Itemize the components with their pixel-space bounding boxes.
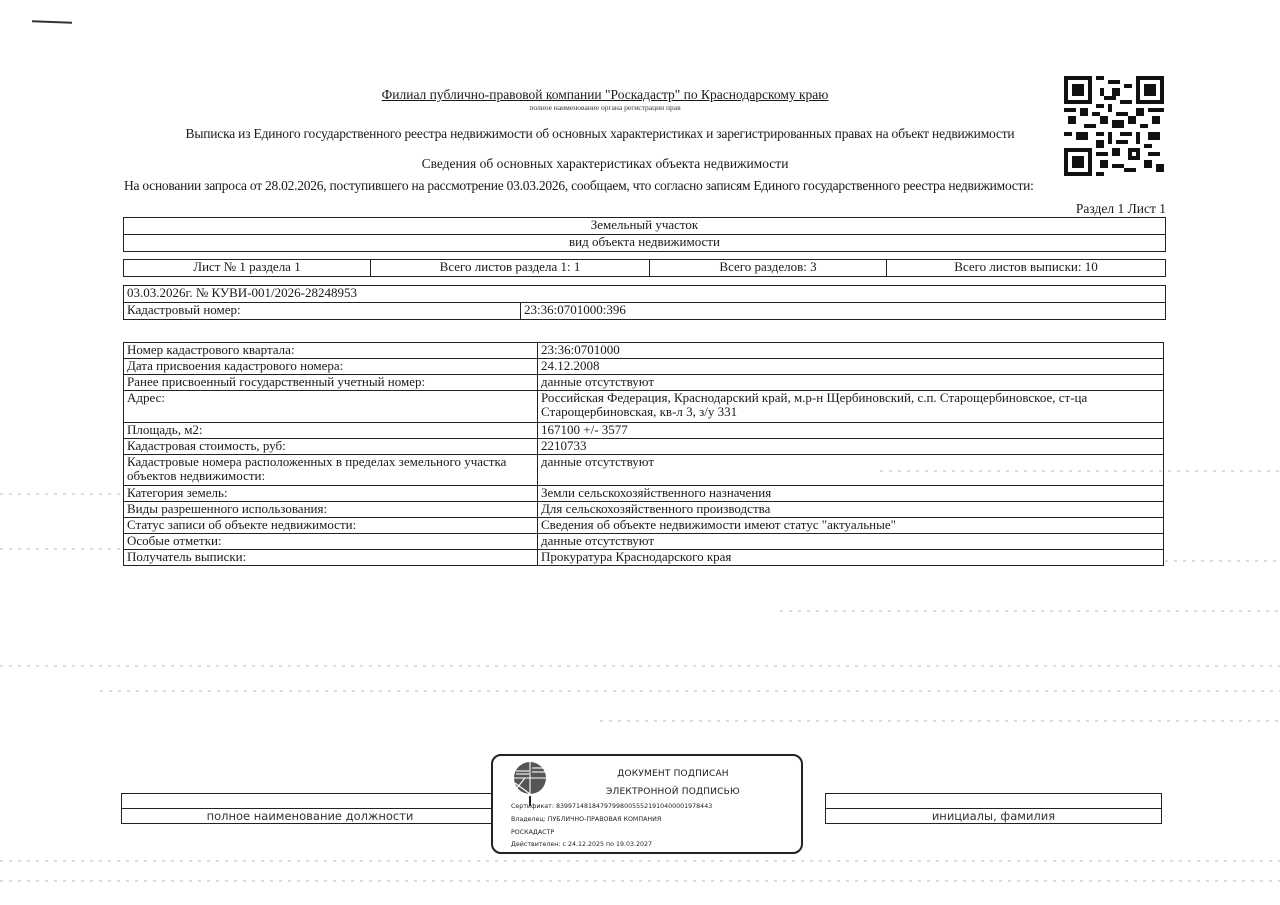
detail-value: данные отсутствуют: [538, 534, 1164, 550]
section-reference: Раздел 1 Лист 1: [1076, 201, 1166, 217]
sections-total: Всего разделов: 3: [650, 260, 887, 277]
object-type-table: Земельный участок вид объекта недвижимос…: [123, 217, 1166, 252]
scan-noise: [0, 880, 1280, 882]
object-type: Земельный участок: [124, 218, 1166, 235]
stamp-title-line2: ЭЛЕКТРОННОЙ ПОДПИСЬЮ: [553, 787, 793, 797]
property-details-table: Номер кадастрового квартала: 23:36:07010…: [123, 342, 1164, 566]
detail-label: Статус записи об объекте недвижимости:: [124, 518, 538, 534]
detail-value: данные отсутствуют: [538, 455, 1164, 486]
electronic-signature-stamp: ДОКУМЕНТ ПОДПИСАН ЭЛЕКТРОННОЙ ПОДПИСЬЮ С…: [491, 754, 803, 854]
table-row: Кадастровые номера расположенных в преде…: [124, 455, 1164, 486]
qr-code-icon: [1062, 76, 1166, 176]
organization-name: Филиал публично-правовой компании "Роска…: [0, 87, 1210, 103]
detail-label: Особые отметки:: [124, 534, 538, 550]
detail-label: Виды разрешенного использования:: [124, 502, 538, 518]
detail-value: Российская Федерация, Краснодарский край…: [538, 391, 1164, 423]
detail-label: Адрес:: [124, 391, 538, 423]
table-row: Кадастровая стоимость, руб: 2210733: [124, 439, 1164, 455]
scan-noise: [100, 690, 1280, 692]
detail-label: Кадастровая стоимость, руб:: [124, 439, 538, 455]
table-row: Дата присвоения кадастрового номера: 24.…: [124, 359, 1164, 375]
scan-noise: [600, 720, 1280, 722]
table-row: Номер кадастрового квартала: 23:36:07010…: [124, 343, 1164, 359]
table-row: Получатель выписки: Прокуратура Краснода…: [124, 550, 1164, 566]
position-field: [122, 794, 499, 809]
detail-label: Дата присвоения кадастрового номера:: [124, 359, 538, 375]
table-row: Виды разрешенного использования: Для сел…: [124, 502, 1164, 518]
detail-value: 24.12.2008: [538, 359, 1164, 375]
detail-value: Земли сельскохозяйственного назначения: [538, 486, 1164, 502]
sheet-number: Лист № 1 раздела 1: [124, 260, 371, 277]
extract-sheets-total: Всего листов выписки: 10: [887, 260, 1166, 277]
scan-noise: [0, 548, 120, 550]
organization-caption: полное наименование органа регистрации п…: [0, 103, 1210, 112]
detail-label: Площадь, м2:: [124, 423, 538, 439]
detail-label: Номер кадастрового квартала:: [124, 343, 538, 359]
object-type-caption: вид объекта недвижимости: [124, 235, 1166, 252]
table-row: Площадь, м2: 167100 +/- 3577: [124, 423, 1164, 439]
detail-value: Для сельскохозяйственного производства: [538, 502, 1164, 518]
detail-label: Ранее присвоенный государственный учетны…: [124, 375, 538, 391]
registration-table: 03.03.2026г. № КУВИ-001/2026-28248953 Ка…: [123, 285, 1166, 320]
name-field: [826, 794, 1162, 809]
sheets-table: Лист № 1 раздела 1 Всего листов раздела …: [123, 259, 1166, 277]
scan-noise: [0, 860, 1280, 862]
document-subtitle: Сведения об основных характеристиках объ…: [0, 156, 1210, 172]
table-row: Адрес: Российская Федерация, Краснодарск…: [124, 391, 1164, 423]
cadastral-number-label: Кадастровый номер:: [124, 303, 521, 320]
position-caption: полное наименование должности: [122, 809, 499, 824]
detail-value: данные отсутствуют: [538, 375, 1164, 391]
registration-number: 03.03.2026г. № КУВИ-001/2026-28248953: [124, 286, 1166, 303]
stamp-owner-cont: РОСКАДАСТР: [511, 829, 554, 836]
detail-value: 2210733: [538, 439, 1164, 455]
detail-value: 167100 +/- 3577: [538, 423, 1164, 439]
document-title: Выписка из Единого государственного реес…: [150, 126, 1050, 142]
detail-label: Кадастровые номера расположенных в преде…: [124, 455, 538, 486]
stamp-validity: Действителен: с 24.12.2025 по 19.03.2027: [511, 841, 652, 848]
detail-label: Категория земель:: [124, 486, 538, 502]
table-row: Статус записи об объекте недвижимости: С…: [124, 518, 1164, 534]
scan-noise: [0, 493, 120, 495]
intro-text: На основании запроса от 28.02.2026, пост…: [124, 178, 1174, 194]
table-row: Категория земель: Земли сельскохозяйстве…: [124, 486, 1164, 502]
table-row: Ранее присвоенный государственный учетны…: [124, 375, 1164, 391]
stamp-certificate: Сертификат: 8399714818479799800555219104…: [511, 803, 712, 810]
scan-noise: [1165, 560, 1280, 562]
scan-noise: [780, 610, 1280, 612]
scan-noise: [0, 665, 1280, 667]
roskadastr-logo-icon: [513, 761, 547, 795]
stamp-title-line1: ДОКУМЕНТ ПОДПИСАН: [553, 769, 793, 779]
section-sheets-total: Всего листов раздела 1: 1: [371, 260, 650, 277]
scan-mark: [32, 20, 72, 23]
cadastral-number-value: 23:36:0701000:396: [521, 303, 1166, 320]
detail-value: Сведения об объекте недвижимости имеют с…: [538, 518, 1164, 534]
name-caption: инициалы, фамилия: [826, 809, 1162, 824]
detail-value: 23:36:0701000: [538, 343, 1164, 359]
stamp-owner: Владелец: ПУБЛИЧНО-ПРАВОВАЯ КОМПАНИЯ: [511, 816, 661, 823]
detail-label: Получатель выписки:: [124, 550, 538, 566]
table-row: Особые отметки: данные отсутствуют: [124, 534, 1164, 550]
detail-value: Прокуратура Краснодарского края: [538, 550, 1164, 566]
